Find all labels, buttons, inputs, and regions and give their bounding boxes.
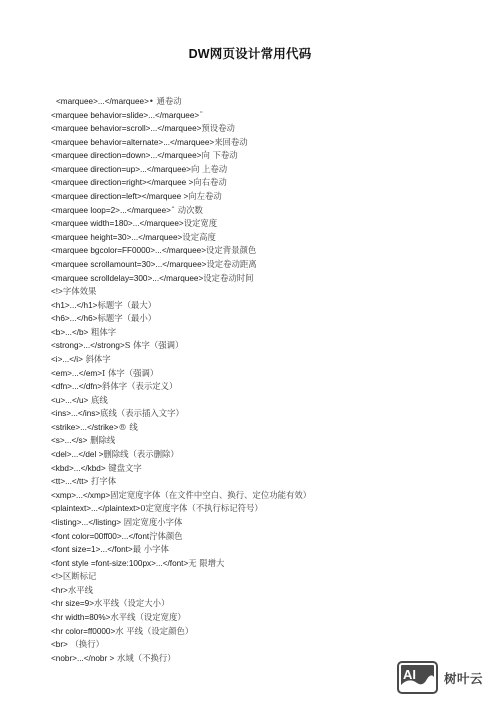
code-line: <marquee loop=2>...</marquee>ˆ 动次数 [51, 204, 311, 218]
code-line: <font color=00ff00>...</font泞体颜色 [51, 530, 311, 544]
tag-description: 向左卷动 [188, 191, 222, 201]
html-tag: <marquee height=30>...</marquee> [51, 233, 182, 242]
code-line: <i>...</i> 斜体字 [51, 353, 311, 367]
code-line: <xmp>...</xmp>固定宽度字体（在文件中空白、换行、定位功能有效） [51, 489, 311, 503]
code-line: <br> （换行） [51, 638, 311, 652]
code-line: <del>...</del >删除线（表示删除） [51, 448, 311, 462]
tag-description: ¨ [199, 110, 203, 120]
code-line: <listing>...</listing> 固定宽度小字体 [51, 516, 311, 530]
tag-description: 斜体字 [83, 354, 111, 364]
code-line: <marquee behavior=slide>...</marquee>¨ [51, 109, 311, 123]
html-tag: <strong>...</strong> [51, 341, 125, 350]
html-tag: <marquee direction=down>...</marquee> [51, 151, 201, 160]
watermark-brand: 树叶云 [444, 669, 483, 687]
code-line: <hr>水平线 [51, 584, 311, 598]
tag-description: 打字体 [88, 476, 116, 486]
tag-description: ˆ 动次数 [171, 205, 203, 215]
tag-description: • 通卷动 [149, 96, 182, 106]
tag-description: 泞体颜色 [149, 531, 183, 541]
tag-description: 水平线（设定大小） [94, 598, 169, 608]
tag-description: 最 小字体 [133, 544, 169, 554]
tag-description: 预设卷动 [201, 123, 235, 133]
code-line: <marquee direction=left></marquee >向左卷动 [51, 190, 311, 204]
code-line: <u>...</u> 底线 [51, 394, 311, 408]
code-line: <b>...</b> 粗体字 [51, 326, 311, 340]
html-tag: <marquee width=180>...</marquee> [51, 219, 184, 228]
html-tag: <h6>...</h6> [51, 314, 97, 323]
code-line: <marquee scrolldelay=300>...</marquee>设定… [51, 272, 311, 286]
html-tag: <font style =font-size:100px>...</font> [51, 559, 188, 568]
tag-description: 水 平线（设定颜色） [115, 626, 193, 636]
html-tag: <h1>...</h1> [51, 301, 97, 310]
code-line: <marquee direction=right></marquee >向右卷动 [51, 176, 311, 190]
html-tag: <xmp>...</xmp> [51, 491, 110, 500]
tag-description: I 体字（强调） [102, 368, 158, 378]
code-line: <strong>...</strong>S 体字（强调） [51, 339, 311, 353]
code-line: <marquee behavior=alternate>...</marquee… [51, 136, 311, 150]
code-line: <kbd>...</kbd> 键盘文字 [51, 462, 311, 476]
html-tag: <marquee scrollamount=30>...</marquee> [51, 260, 206, 269]
code-line: <marquee height=30>...</marquee>设定高度 [51, 231, 311, 245]
page-title: DW网页设计常用代码 [0, 44, 500, 62]
code-line: <strike>...</strike>® 线 [51, 421, 311, 435]
tag-description: 标题字（最大） [97, 300, 156, 310]
tag-description: 向 下卷动 [201, 150, 237, 160]
code-line: <hr width=80%>水平线（设定宽度） [51, 611, 311, 625]
code-line: <h1>...</h1>标题字（最大） [51, 299, 311, 313]
html-tag: <marquee loop=2>...</marquee> [51, 206, 171, 215]
code-line: <!>字体效果 [51, 285, 311, 299]
html-tag: <marquee behavior=alternate>...</marquee… [51, 138, 214, 147]
html-tag: <marquee behavior=scroll>...</marquee> [51, 124, 201, 133]
code-line: <marquee>...</marquee>• 通卷动 [51, 95, 311, 109]
html-tag: <marquee bgcolor=FF0000>...</marquee> [51, 246, 206, 255]
tag-description: 设定卷动距离 [206, 259, 256, 269]
html-tag: <br> [51, 640, 68, 649]
html-tag: <u>...</u> [51, 396, 88, 405]
code-line: <em>...</em>I 体字（强调） [51, 367, 311, 381]
html-tag: <!> [51, 287, 63, 296]
tag-description: 底线（表示插入文字） [100, 408, 184, 418]
code-line: <hr size=9>水平线（设定大小） [51, 597, 311, 611]
watermark: AI 树叶云 [397, 661, 483, 694]
tag-description: 标题字（最小） [97, 313, 156, 323]
tag-description: 斜体字（表示定义） [102, 381, 177, 391]
tag-description: 删除线（表示删除） [103, 449, 178, 459]
html-tag: <marquee direction=left></marquee > [51, 192, 188, 201]
code-line: <marquee direction=down>...</marquee>向 下… [51, 149, 311, 163]
tag-description: 向 上卷动 [191, 164, 227, 174]
code-line: <marquee direction=up>...</marquee>向 上卷动 [51, 163, 311, 177]
tag-description: S 体字（强调） [125, 340, 184, 350]
html-tag: <strike>...</strike> [51, 423, 118, 432]
html-tag: <marquee scrolldelay=300>...</marquee> [51, 274, 203, 283]
code-line: <!>区断标记 [51, 570, 311, 584]
html-tag: <font size=1>...</font> [51, 545, 133, 554]
html-tag: <hr width=80%> [51, 613, 110, 622]
html-tag: <i>...</i> [51, 355, 83, 364]
code-line: <marquee scrollamount=30>...</marquee>设定… [51, 258, 311, 272]
tag-description: 固定宽度字体（在文件中空白、换行、定位功能有效） [110, 490, 311, 500]
code-line: <marquee behavior=scroll>...</marquee>预设… [51, 122, 311, 136]
html-tag: <hr size=9> [51, 599, 94, 608]
tag-description: 水域（不换行） [114, 653, 175, 663]
html-tag: <hr color=ff0000> [51, 627, 115, 636]
code-line: <s>...</s> 删除线 [51, 434, 311, 448]
html-tag: <kbd>...</kbd> [51, 464, 106, 473]
tag-description: ® 线 [118, 422, 137, 432]
html-tag: <plaintext>...</plaintext> [51, 504, 140, 513]
tag-description: 区断标记 [63, 571, 97, 581]
svg-text:AI: AI [403, 667, 416, 682]
html-tag: <hr> [51, 586, 68, 595]
tag-description: 键盘文字 [106, 463, 142, 473]
html-tag: <b>...</b> [51, 328, 88, 337]
html-tag: <marquee behavior=slide>...</marquee> [51, 111, 199, 120]
html-tag: <listing>...</listing> [51, 518, 121, 527]
html-tag: <marquee>...</marquee> [56, 97, 149, 106]
code-line: <nobr>...</nobr > 水域（不换行） [51, 652, 311, 666]
code-list: <marquee>...</marquee>• 通卷动<marquee beha… [51, 95, 311, 665]
html-tag: <!> [51, 572, 63, 581]
tag-description: 设定高度 [182, 232, 216, 242]
tag-description: 水平线（设定宽度） [110, 612, 185, 622]
tag-description: 字体效果 [63, 286, 97, 296]
html-tag: <del>...</del > [51, 450, 103, 459]
code-line: <h6>...</h6>标题字（最小） [51, 312, 311, 326]
tag-description: 设定卷动时间 [203, 273, 253, 283]
tag-description: 来回卷动 [214, 137, 248, 147]
tag-description: （换行） [68, 639, 104, 649]
tag-description: 设定背景颜色 [206, 245, 256, 255]
code-line: <hr color=ff0000>水 平线（设定颜色） [51, 625, 311, 639]
tag-description: 底线 [88, 395, 107, 405]
code-line: <font style =font-size:100px>...</font>无… [51, 557, 311, 571]
html-tag: <em>...</em> [51, 369, 102, 378]
html-tag: <nobr>...</nobr > [51, 654, 114, 663]
code-line: <tt>...</tt> 打字体 [51, 475, 311, 489]
tag-description: 固定宽度小字体 [121, 517, 182, 527]
ai-logo-icon: AI [397, 661, 438, 694]
code-line: <plaintext>...</plaintext>0定宽度字体（不执行标记符号… [51, 502, 311, 516]
tag-description: 向右卷动 [193, 177, 227, 187]
html-tag: <s>...</s> [51, 436, 87, 445]
html-tag: <dfn>...</dfn> [51, 382, 102, 391]
tag-description: 设定宽度 [184, 218, 218, 228]
tag-description: 粗体字 [88, 327, 116, 337]
tag-description: 无 限增大 [188, 558, 224, 568]
code-line: <ins>...</ins>底线（表示插入文字） [51, 407, 311, 421]
html-tag: <font color=00ff00>...</font [51, 532, 149, 541]
tag-description: 水平线 [68, 585, 93, 595]
tag-description: 0定宽度字体（不执行标记符号） [140, 503, 263, 513]
tag-description: 删除线 [87, 435, 115, 445]
code-line: <font size=1>...</font>最 小字体 [51, 543, 311, 557]
html-tag: <marquee direction=right></marquee > [51, 178, 193, 187]
html-tag: <ins>...</ins> [51, 409, 100, 418]
html-tag: <marquee direction=up>...</marquee> [51, 165, 191, 174]
html-tag: <tt>...</tt> [51, 477, 88, 486]
code-line: <dfn>...</dfn>斜体字（表示定义） [51, 380, 311, 394]
code-line: <marquee width=180>...</marquee>设定宽度 [51, 217, 311, 231]
code-line: <marquee bgcolor=FF0000>...</marquee>设定背… [51, 244, 311, 258]
